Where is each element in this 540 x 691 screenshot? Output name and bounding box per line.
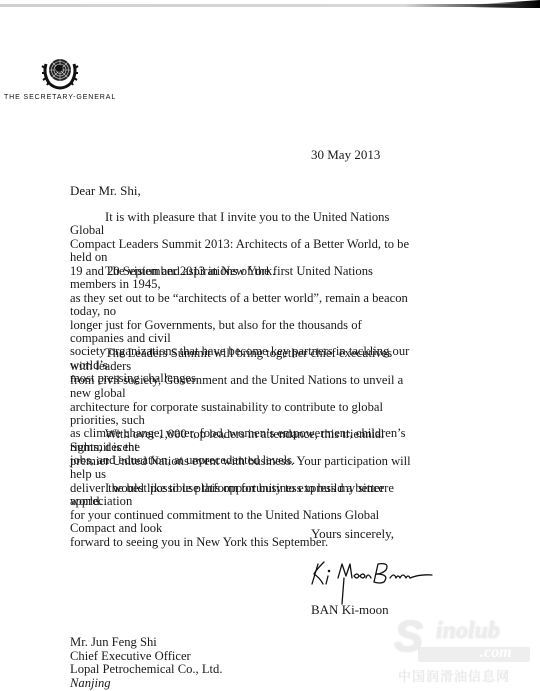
recipient-city: Nanjing (70, 677, 222, 691)
watermark-chinese-text: 中国润滑油信息网 (398, 666, 510, 685)
recipient-title: Chief Executive Officer (70, 650, 222, 664)
salutation: Dear Mr. Shi, (70, 183, 141, 199)
letterhead-title: THE SECRETARY-GENERAL (4, 94, 116, 101)
recipient-block: Mr. Jun Feng Shi Chief Executive Officer… (70, 636, 222, 690)
signer-name: BAN Ki-moon (311, 602, 389, 618)
un-emblem-icon (40, 54, 80, 90)
recipient-company: Lopal Petrochemical Co., Ltd. (70, 663, 222, 677)
watermark-logo-initial: S (394, 612, 423, 662)
letterhead: THE SECRETARY-GENERAL (4, 54, 116, 101)
watermark-domain: .com (480, 644, 512, 662)
watermark-logo-text: inolub (436, 618, 500, 645)
watermark-bar (418, 647, 530, 662)
letter-date: 30 May 2013 (311, 147, 380, 163)
recipient-name: Mr. Jun Feng Shi (70, 636, 222, 650)
sinolub-watermark: S inolub .com 中国润滑油信息网 (388, 616, 538, 691)
scan-edge-line (0, 4, 540, 7)
closing: Yours sincerely, (311, 526, 394, 542)
handwritten-signature-icon (308, 556, 433, 606)
